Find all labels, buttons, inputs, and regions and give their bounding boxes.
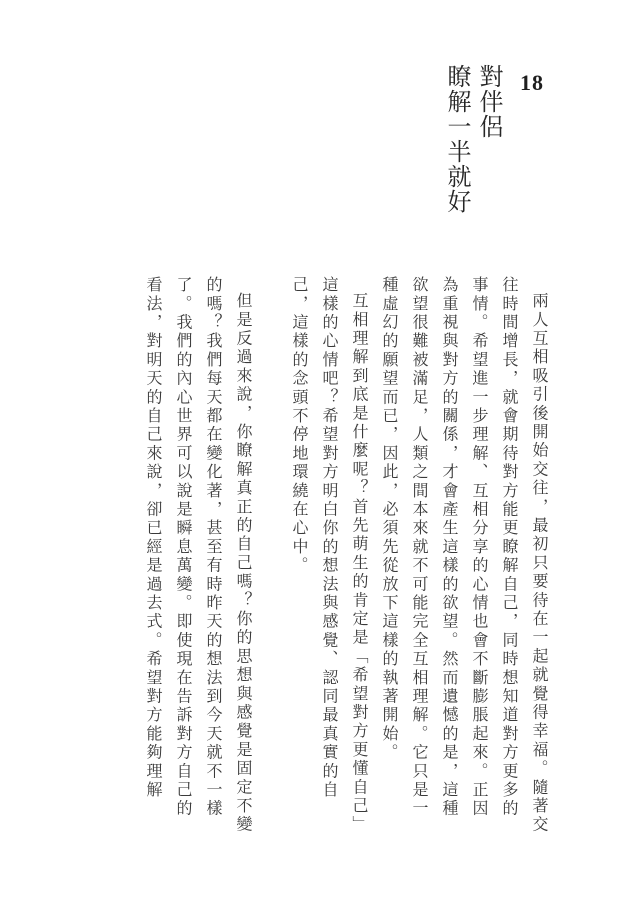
paragraph-3: 但是反過來說，你瞭解真正的自己嗎？你的思想與感覺是固定不變的嗎？我們每天都在變化… — [138, 276, 258, 836]
chapter-title-line-1: 對伴侶 — [477, 64, 501, 139]
chapter-title-line-2: 瞭解一半就好 — [445, 64, 469, 214]
paragraph-1: 兩人互相吸引後開始交往，最初只要待在一起就覺得幸福。隨著交往時間增長，就會期待對… — [374, 276, 554, 836]
body-text: 兩人互相吸引後開始交往，最初只要待在一起就覺得幸福。隨著交往時間增長，就會期待對… — [112, 276, 554, 836]
book-page: 18 對伴侶 瞭解一半就好 兩人互相吸引後開始交往，最初只要待在一起就覺得幸福。… — [0, 0, 634, 900]
paragraph-2: 互相理解到底是什麼呢？首先萌生的肯定是「希望對方更懂自己」這樣的心情吧？希望對方… — [284, 276, 374, 836]
chapter-number: 18 — [520, 70, 544, 96]
